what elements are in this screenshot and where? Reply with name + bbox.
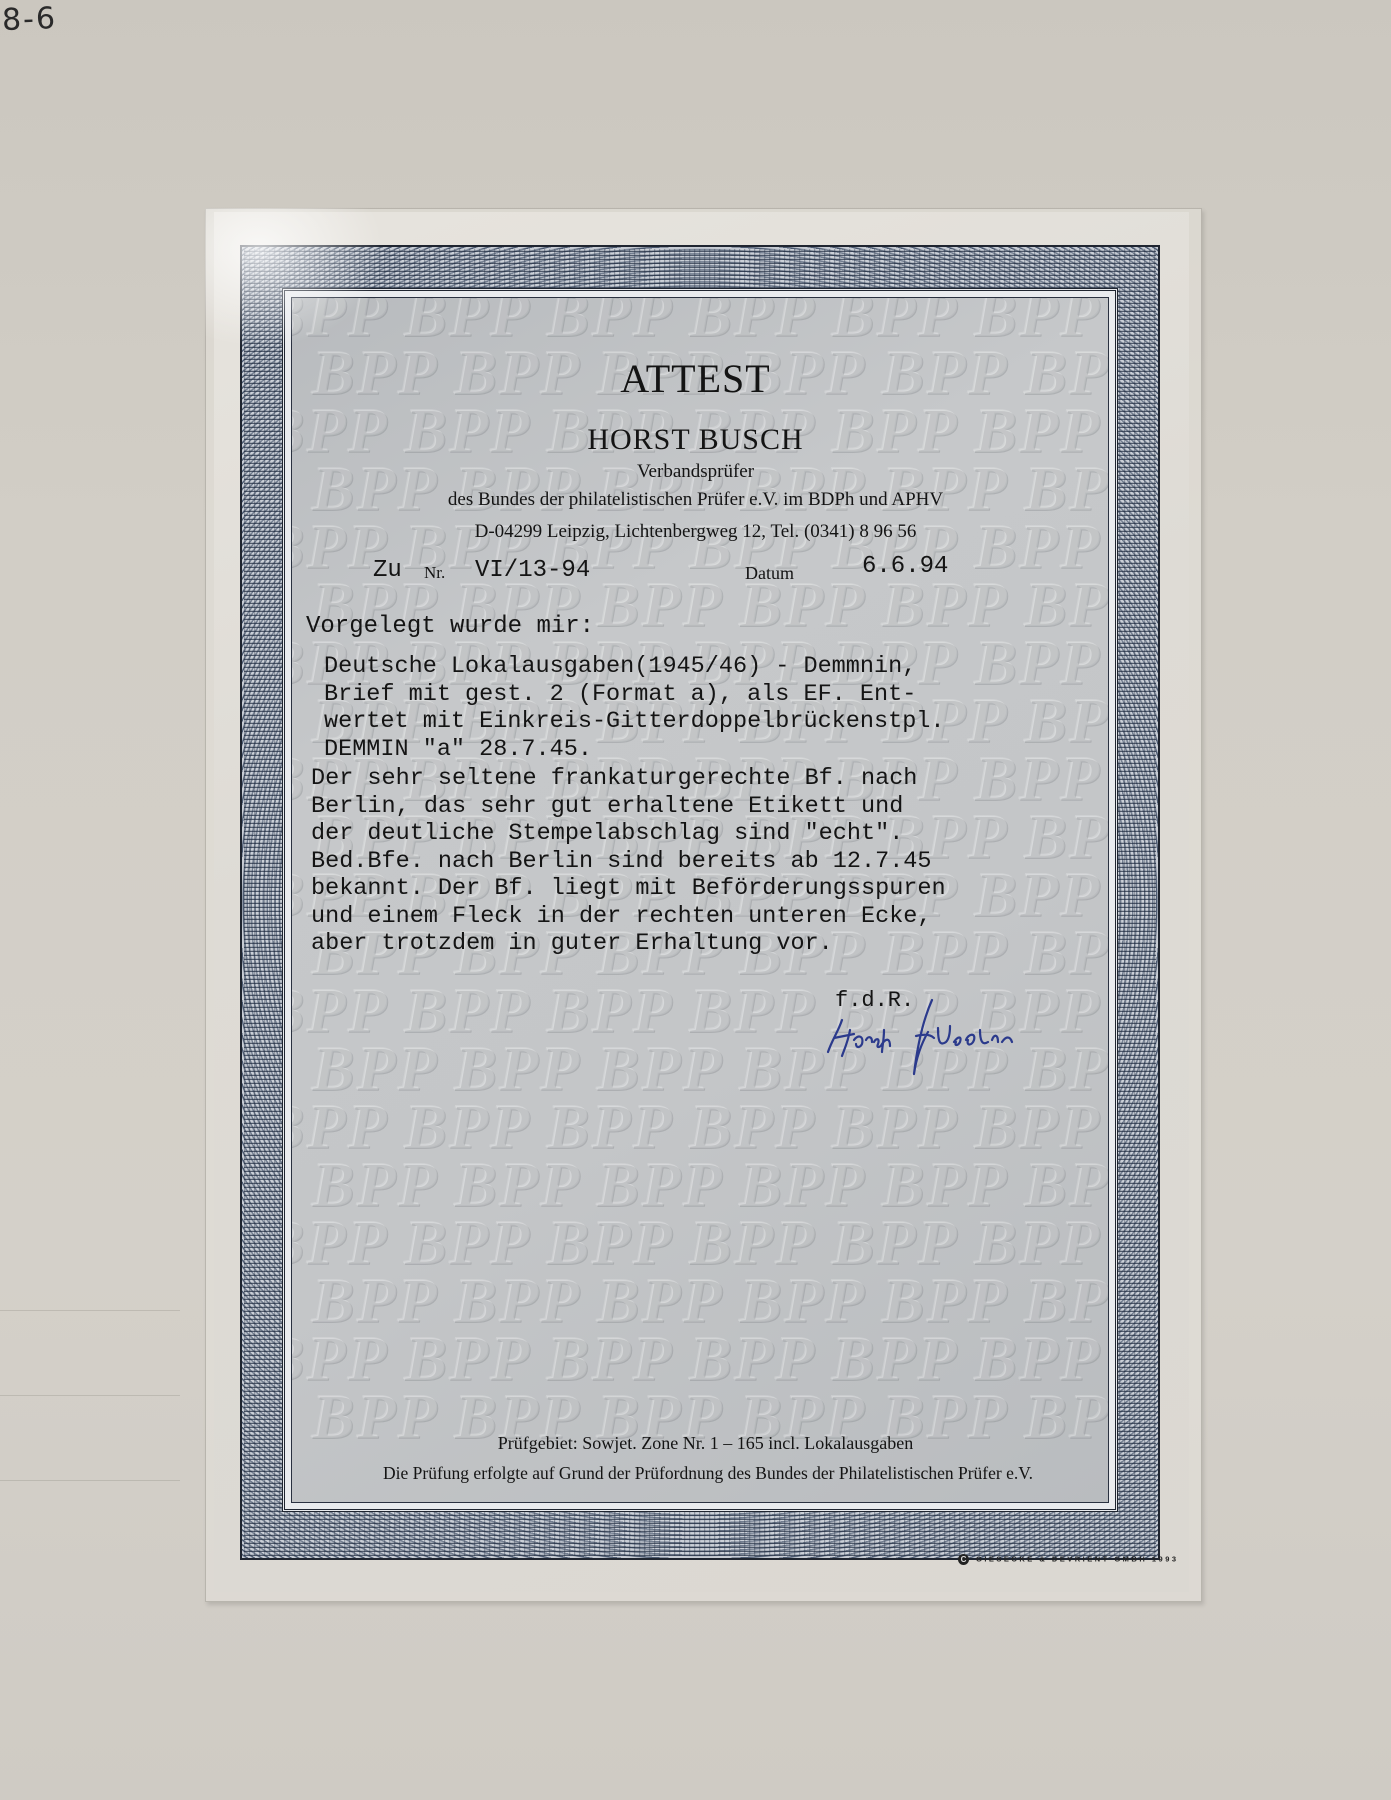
reference-zu-label: Zu [373,557,402,584]
examiner-role: Verbandsprüfer [0,461,1391,483]
copyright-icon: C [958,1554,969,1565]
exam-scope: Prüfgebiet: Sowjet. Zone Nr. 1 – 165 inc… [0,1433,1391,1454]
certificate-content: ATTEST HORST BUSCH Verbandsprüfer des Bu… [0,0,1391,1800]
reference-nr-label: Nr. [424,563,445,583]
address-line: D-04299 Leipzig, Lichtenbergweg 12, Tel.… [0,521,1391,543]
association-line: des Bundes der philatelistischen Prüfer … [0,489,1391,511]
printer-mark: CGIESECKE & DEVRIENT GMBH 1993 [958,1554,1179,1565]
date-label: Datum [745,563,794,584]
opinion-text: Der sehr seltene frankaturgerechte Bf. n… [311,765,946,958]
exam-basis: Die Prüfung erfolgte auf Grund der Prüfo… [0,1463,1391,1484]
reference-number: VI/13-94 [475,557,590,584]
examiner-name: HORST BUSCH [0,423,1391,457]
printer-mark-text: GIESECKE & DEVRIENT GMBH 1993 [976,1554,1179,1563]
signature [820,990,1070,1080]
date-value: 6.6.94 [862,553,948,580]
item-description: Deutsche Lokalausgaben(1945/46) - Demmni… [324,653,945,763]
presented-heading: Vorgelegt wurde mir: [306,613,594,640]
certificate-title: ATTEST [0,355,1391,402]
